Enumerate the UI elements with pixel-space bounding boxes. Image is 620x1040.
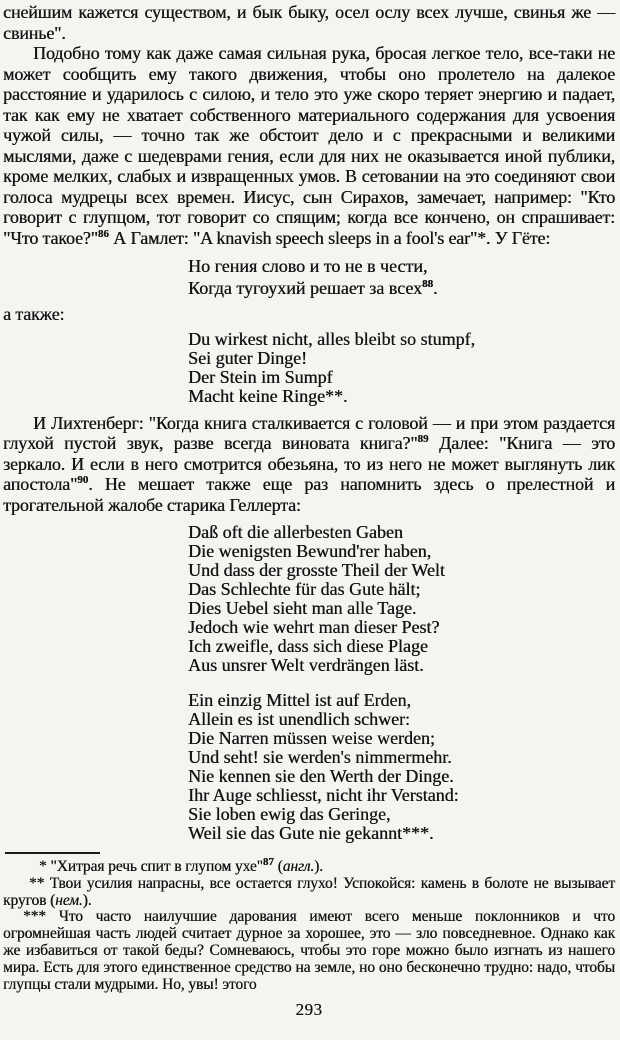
- footnote-text: *** Что часто наилучшие дарования имеют …: [3, 908, 615, 992]
- verse-line: Der Stein im Sumpf: [188, 368, 615, 387]
- paragraph-text: . Не мешает также еще раз напомнить здес…: [3, 474, 615, 515]
- verse-line: Und dass der grosste Theil der Welt: [188, 561, 615, 580]
- verse-gellert-1: Daß oft die allerbesten Gaben Die wenigs…: [188, 523, 615, 675]
- paragraph-text: Подобно тому как даже самая сильная рука…: [3, 43, 615, 248]
- language-label: нем.: [55, 892, 83, 909]
- verse-goethe-1: Но гения слово и то не в чести, Когда ту…: [188, 256, 615, 299]
- footnote-text: (: [274, 858, 283, 875]
- verse-line: Nie kennen sie den Werth der Dinge.: [188, 767, 615, 786]
- verse-line: Aus unsrer Welt verdrängen läst.: [188, 656, 615, 675]
- verse-line: Weil sie das Gute nie gekannt***.: [188, 824, 615, 843]
- footnote-asterisk: * "Хитрая речь спит в глупом ухе"87 (анг…: [3, 859, 615, 876]
- verse-line: Das Schlechte für das Gute hält;: [188, 580, 615, 599]
- verse-line: Но гения слово и то не в чести,: [188, 256, 615, 278]
- verse-goethe-2: Du wirkest nicht, alles bleibt so stumpf…: [188, 330, 615, 406]
- verse-line: Allein es ist unendlich schwer:: [188, 710, 615, 729]
- footnote-text: ** Твои усилия напрасны, все остается гл…: [3, 875, 615, 909]
- verse-line: Die Narren müssen weise werden;: [188, 729, 615, 748]
- verse-line: Sei guter Dinge!: [188, 349, 615, 368]
- footnote-ref-90: 90: [77, 474, 88, 486]
- verse-line: Und seht! sie werden's nimmermehr.: [188, 748, 615, 767]
- verse-line: Ihr Auge schliesst, nicht ihr Verstand:: [188, 786, 615, 805]
- footnote-ref-89: 89: [417, 433, 428, 445]
- footnote-text: ).: [83, 892, 92, 909]
- verse-line: Ein einzig Mittel ist auf Erden,: [188, 691, 615, 710]
- footnote-ref-88: 88: [422, 278, 433, 290]
- verse-line: Macht keine Ringe**.: [188, 387, 615, 406]
- footnote-separator: [5, 852, 100, 854]
- verse-line: Du wirkest nicht, alles bleibt so stumpf…: [188, 330, 615, 349]
- verse-line: Ich zweifle, dass sich diese Plage: [188, 637, 615, 656]
- paragraph-continuation: снейшим кажется существом, и бык быку, о…: [3, 2, 615, 43]
- verse-gellert-2: Ein einzig Mittel ist auf Erden, Allein …: [188, 691, 615, 843]
- footnotes-section: * "Хитрая речь спит в глупом ухе"87 (анг…: [3, 859, 615, 993]
- verse-line-text: Когда тугоухий решает за всех: [188, 278, 422, 298]
- language-label: англ.: [283, 858, 314, 875]
- page-number: 293: [3, 1000, 615, 1020]
- also-label: а также:: [3, 304, 615, 325]
- paragraph-strong-hand: Подобно тому как даже самая сильная рука…: [3, 43, 615, 248]
- verse-line-text: .: [433, 278, 438, 298]
- also-label-text: а также:: [3, 304, 64, 324]
- footnote-ref-86: 86: [98, 228, 109, 240]
- paragraph-lichtenberg: И Лихтенберг: "Когда книга сталкивается …: [3, 413, 615, 516]
- footnote-text: * "Хитрая речь спит в глупом ухе": [39, 858, 263, 875]
- verse-line: Die wenigsten Bewund'rer haben,: [188, 542, 615, 561]
- footnote-text: ).: [314, 858, 323, 875]
- footnote-ref-87: 87: [263, 856, 274, 868]
- verse-line: Dies Uebel sieht man alle Tage.: [188, 599, 615, 618]
- paragraph-text: снейшим кажется существом, и бык быку, о…: [3, 2, 615, 43]
- verse-line: Когда тугоухий решает за всех88.: [188, 278, 615, 300]
- book-page: снейшим кажется существом, и бык быку, о…: [0, 0, 620, 1020]
- paragraph-text: А Гамлет: "A knavish speech sleeps in a …: [109, 228, 550, 248]
- verse-line: Daß oft die allerbesten Gaben: [188, 523, 615, 542]
- footnote-triple-asterisk: *** Что часто наилучшие дарования имеют …: [3, 909, 615, 993]
- verse-line: Jedoch wie wehrt man dieser Pest?: [188, 618, 615, 637]
- footnote-double-asterisk: ** Твои усилия напрасны, все остается гл…: [3, 876, 615, 910]
- verse-line: Sie loben ewig das Geringe,: [188, 805, 615, 824]
